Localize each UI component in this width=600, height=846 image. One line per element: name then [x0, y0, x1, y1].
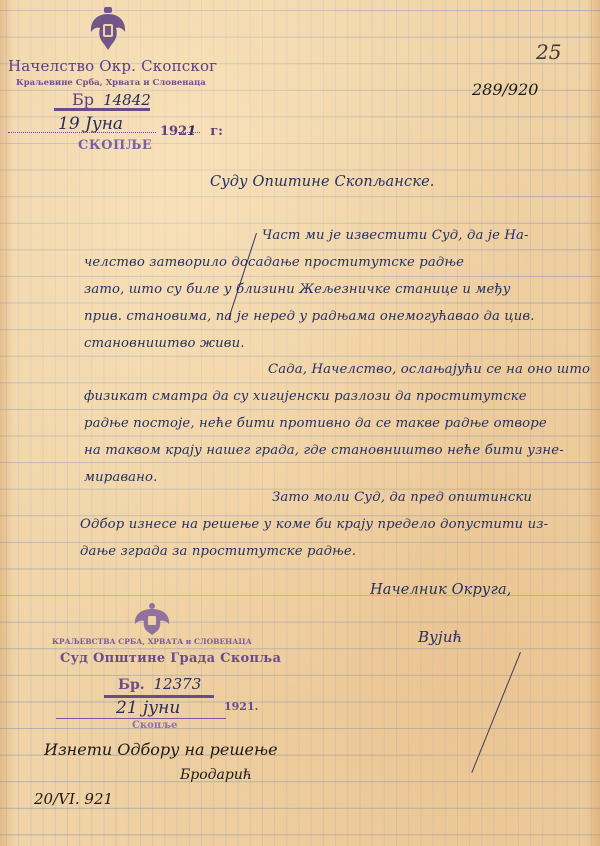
paragraph-1-line-4: прив. становима, па је неред у радњама о… [84, 309, 535, 324]
signature-flourish [471, 652, 521, 773]
court-stamp-date: 21 јуни [116, 698, 180, 718]
paragraph-1-line-3: зато, што су биле у близини Жељезничке с… [84, 282, 511, 297]
dotted-line [8, 132, 156, 133]
court-stamp-subtitle: КРАЉЕВСТВА СРБА, ХРВАТА и СЛОВЕНАЦА [52, 637, 252, 646]
margin-stroke [228, 233, 257, 319]
number-value: 14842 [103, 91, 151, 109]
paragraph-2-line-3: радње постоје, неће бити противно да се … [84, 416, 547, 431]
stamp-baseline [56, 718, 226, 719]
court-stamp-city: Скопље [132, 720, 177, 731]
paragraph-1-line-5: становништво живи. [84, 336, 245, 351]
year-suffix: г: [210, 124, 223, 139]
paragraph-1-line-2: челство затворило досадање проститутске … [84, 255, 464, 270]
number-label: Бр. [118, 677, 145, 693]
annotation-date: 20/VI. 921 [34, 790, 113, 808]
court-stamp-year: 1921. [224, 700, 258, 713]
prefecture-stamp-title: Начелство Окр. Скопског [8, 57, 217, 75]
signature-title: Начелник Округа, [370, 582, 512, 598]
number-value: 12373 [154, 675, 202, 693]
paragraph-2-line-5: миравано. [84, 470, 157, 485]
number-label: Бр [72, 90, 94, 109]
prefecture-stamp-date: 19 Јуна [58, 114, 123, 134]
paper-edge-left [0, 0, 14, 846]
paragraph-3-line-2: Одбор изнесе на решење у коме би крају п… [80, 517, 548, 532]
stamp-rule [54, 108, 150, 111]
paragraph-2-line-2: физикат сматра да су хигијенски разлози … [84, 389, 527, 404]
court-stamp-title: Суд Општине Града Скопља [60, 651, 281, 666]
double-headed-eagle-crest-icon [88, 6, 128, 52]
paragraph-3-line-3: дање зграда за проститутске радње. [80, 544, 356, 559]
dotted-line [178, 132, 200, 133]
paragraph-1-line-1: Част ми је известити Суд, да је На- [262, 228, 529, 243]
signature: Вујић [418, 628, 462, 646]
archive-page-number: 25 [536, 40, 561, 64]
paragraph-2-line-1: Сада, Начелство, ослањајући се на оно шт… [268, 362, 590, 377]
paragraph-2-line-4: на таквом крају нашег града, где становн… [84, 443, 564, 458]
document-page: Начелство Окр. Скопског Краљевине Срба, … [0, 0, 600, 846]
prefecture-stamp-number: Бр 14842 [72, 90, 151, 109]
paragraph-3-line-1: Зато моли Суд, да пред општински [272, 490, 532, 505]
annotation-instruction: Изнети Одбору на решење [44, 740, 278, 759]
prefecture-stamp-subtitle: Краљевине Срба, Хрвата и Словенаца [16, 78, 206, 88]
paper-edge-right [586, 0, 600, 846]
archive-reference: 289/920 [472, 80, 538, 99]
prefecture-stamp-city: СКОПЉЕ [78, 138, 152, 153]
court-stamp-number: Бр. 12373 [118, 675, 201, 693]
letter-salutation: Суду Општине Скопљанске. [210, 174, 435, 190]
annotation-signature: Бродарић [180, 767, 252, 783]
double-headed-eagle-crest-icon [132, 602, 172, 636]
